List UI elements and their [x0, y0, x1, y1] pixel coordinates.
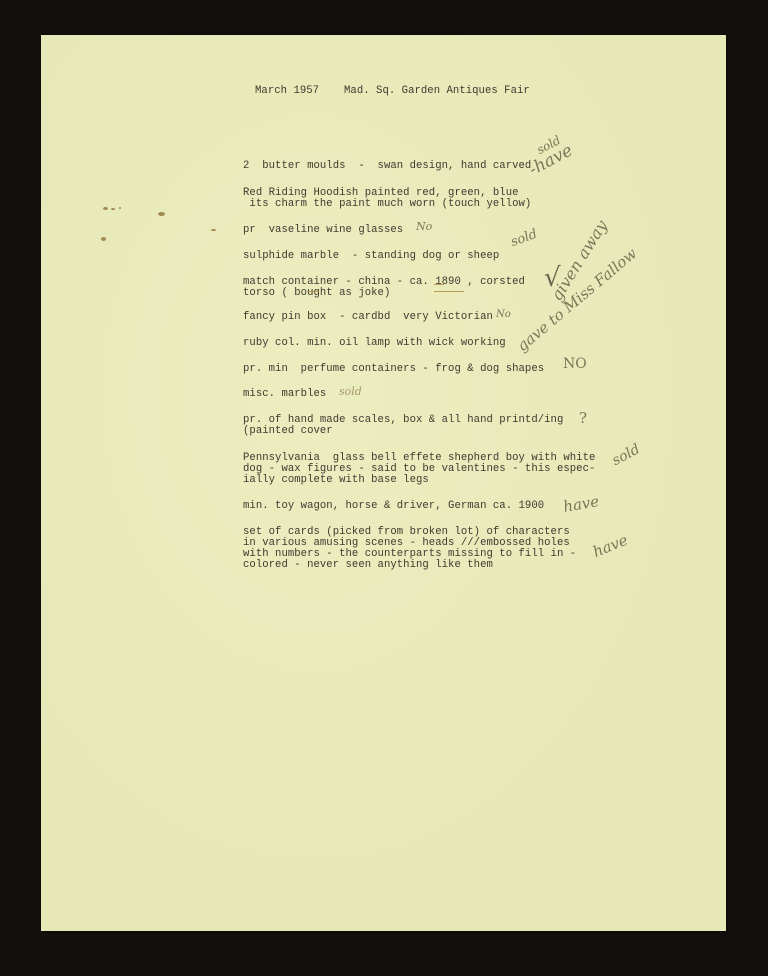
paper-speck [211, 229, 216, 231]
item-misc-marbles: misc. marbles [243, 389, 326, 400]
document-page: March 1957 Mad. Sq. Garden Antiques Fair… [41, 35, 726, 931]
item-perfume-containers: pr. min perfume containers - frog & dog … [243, 364, 544, 375]
paper-speck [158, 212, 165, 216]
annotation-sulphide-sold: sold [509, 227, 539, 250]
item-match-container-line2: torso ( bought as joke) [243, 288, 390, 299]
ink-mark [434, 284, 444, 285]
item-red-riding-hood-line2: its charm the paint much worn (touch yel… [243, 199, 531, 210]
item-fancy-pin-box: fancy pin box - cardbd very Victorian [243, 312, 493, 323]
item-cards-line4: colored - never seen anything like them [243, 560, 493, 571]
annotation-bell-sold: sold [609, 441, 642, 469]
item-oil-lamp: ruby col. min. oil lamp with wick workin… [243, 338, 506, 349]
item-glass-bell-line3: ially complete with base legs [243, 475, 429, 486]
header-title: Mad. Sq. Garden Antiques Fair [344, 86, 530, 97]
annotation-wagon-have: have [562, 492, 601, 516]
annotation-cards-have: have [590, 531, 630, 561]
annotation-perfume-no: NO [563, 356, 587, 372]
item-vaseline-glasses: pr vaseline wine glasses [243, 225, 403, 236]
item-butter-moulds: 2 butter moulds - swan design, hand carv… [243, 161, 531, 172]
item-sulphide-marble: sulphide marble - standing dog or sheep [243, 251, 499, 262]
paper-speck [119, 207, 121, 209]
ink-mark [434, 291, 464, 292]
paper-speck [101, 237, 106, 241]
annotation-pinbox-no: No [496, 309, 511, 320]
paper-speck [103, 207, 108, 210]
annotation-vaseline-no: No [416, 220, 432, 233]
annotation-scales-question: ? [579, 409, 587, 427]
header-date: March 1957 [255, 86, 319, 97]
paper-speck [111, 208, 115, 210]
item-toy-wagon: min. toy wagon, horse & driver, German c… [243, 501, 544, 512]
ink-mark [307, 291, 319, 292]
annotation-marbles-sold: sold [339, 385, 362, 398]
item-scales-line2: (painted cover [243, 426, 333, 437]
